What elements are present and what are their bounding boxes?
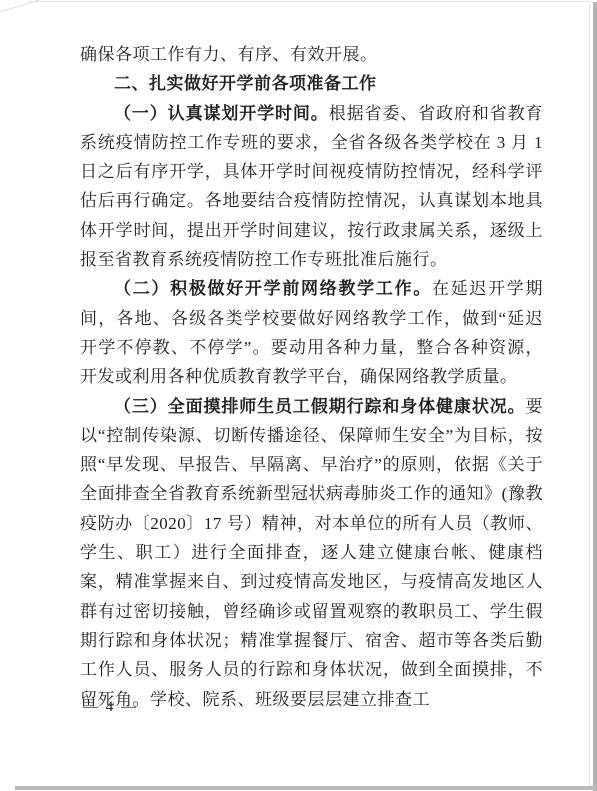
page-number: — 4 — bbox=[83, 699, 138, 716]
page-right-inner-edge bbox=[589, 4, 590, 787]
page-corner-scan-artifact bbox=[0, 0, 39, 13]
section-heading: 二、扎实做好开学前各项准备工作 bbox=[80, 69, 543, 98]
paragraph-1-lead: （一）认真谋划开学时间。 bbox=[114, 104, 329, 123]
document-page: 确保各项工作有力、有序、有效开展。 二、扎实做好开学前各项准备工作 （一）认真谋… bbox=[0, 0, 597, 791]
document-body: 确保各项工作有力、有序、有效开展。 二、扎实做好开学前各项准备工作 （一）认真谋… bbox=[80, 40, 543, 714]
paragraph-continuation: 确保各项工作有力、有序、有效开展。 bbox=[80, 40, 543, 69]
page-top-edge-artifact bbox=[30, 1, 591, 2]
paragraph-3: （三）全面摸排师生员工假期行踪和身体健康状况。要以“控制传染源、切断传播途径、保… bbox=[80, 392, 543, 714]
page-right-edge-shadow bbox=[593, 2, 597, 791]
paragraph-2-lead: （二）积极做好开学前网络教学工作。 bbox=[114, 279, 432, 298]
paragraph-1-text: 根据省委、省政府和省教育系统疫情防控工作专班的要求，全省各级各类学校在 3 月 … bbox=[80, 104, 543, 269]
page-bottom-edge-shadow bbox=[15, 786, 597, 790]
paragraph-3-lead: （三）全面摸排师生员工假期行踪和身体健康状况。 bbox=[114, 397, 526, 416]
paragraph-1: （一）认真谋划开学时间。根据省委、省政府和省教育系统疫情防控工作专班的要求，全省… bbox=[80, 99, 543, 275]
paragraph-2: （二）积极做好开学前网络教学工作。在延迟开学期间，各地、各级各类学校要做好网络教… bbox=[80, 274, 543, 391]
paragraph-3-text: 要以“控制传染源、切断传播途径、保障师生安全”为目标，按照“早发现、早报告、早隔… bbox=[80, 397, 543, 709]
